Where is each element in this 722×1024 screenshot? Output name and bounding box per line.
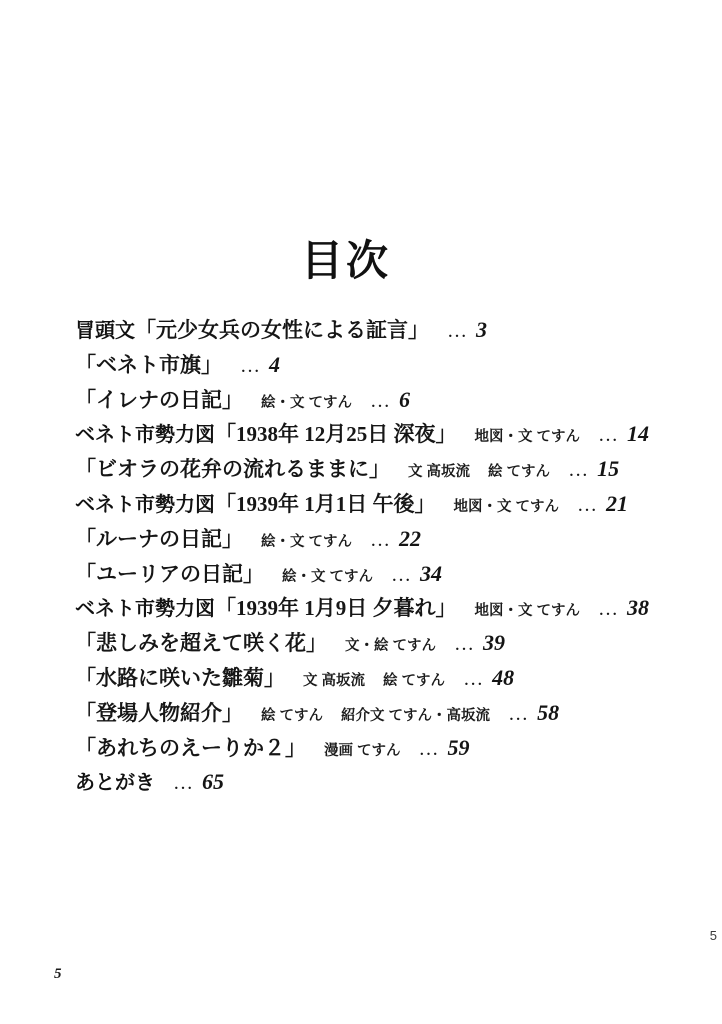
toc-entry-section-label: ベネト市勢力図 — [75, 488, 215, 517]
toc-entry-title: 「ビオラの花弁の流れるままに」 — [75, 453, 390, 483]
toc-entry: 「水路に咲いた雛菊」文 高坂流絵 てすん…48 — [75, 662, 692, 697]
toc-leader-dots: … — [370, 390, 390, 413]
toc-entry-title: 「ユーリアの日記」 — [75, 558, 264, 588]
toc-leader-dots: … — [391, 564, 411, 587]
toc-leader-dots: … — [173, 772, 193, 795]
toc-leader-dots: … — [577, 494, 597, 517]
toc-entry-title: 「登場人物紹介」 — [75, 697, 243, 727]
toc-entry-credit: 絵 てすん — [383, 669, 445, 690]
toc-leader-dots: … — [598, 598, 618, 621]
toc-entry: 「登場人物紹介」絵 てすん紹介文 てすん・高坂流…58 — [75, 697, 692, 732]
toc-entry-title: 「1939年 1月9日 夕暮れ」 — [215, 592, 457, 622]
toc-list: 冒頭文「元少女兵の女性による証言」…3「ベネト市旗」…4「イレナの日記」絵・文 … — [75, 314, 692, 801]
toc-entry-page-number: 22 — [399, 526, 421, 552]
toc-leader-dots: … — [454, 633, 474, 656]
toc-entry-credit: 文 高坂流 — [303, 669, 365, 690]
toc-entry-credit: 漫画 てすん — [324, 739, 401, 760]
toc-leader-dots: … — [447, 320, 467, 343]
toc-entry-page-number: 39 — [483, 630, 505, 656]
page-title: 目次 — [0, 228, 692, 288]
toc-entry-page-number: 34 — [420, 561, 442, 587]
toc-entry-page-number: 65 — [202, 769, 224, 795]
toc-entry-page-number: 48 — [492, 665, 514, 691]
toc-entry: 「ルーナの日記」絵・文 てすん…22 — [75, 523, 692, 558]
toc-entry-page-number: 4 — [269, 352, 280, 378]
toc-entry-title: 「あれちのえーりか２」 — [75, 732, 306, 762]
toc-page: 目次 冒頭文「元少女兵の女性による証言」…3「ベネト市旗」…4「イレナの日記」絵… — [0, 0, 722, 1024]
toc-entry-section-label: あとがき — [75, 766, 155, 795]
toc-entry: あとがき…65 — [75, 766, 692, 801]
toc-entry: ベネト市勢力図「1938年 12月25日 深夜」地図・文 てすん…14 — [75, 418, 692, 453]
toc-entry-page-number: 38 — [627, 595, 649, 621]
toc-entry-credit: 文・絵 てすん — [345, 634, 436, 655]
toc-leader-dots: … — [419, 738, 439, 761]
toc-entry-credit: 絵・文 てすん — [282, 565, 373, 586]
toc-entry-page-number: 59 — [448, 735, 470, 761]
toc-entry-page-number: 15 — [597, 456, 619, 482]
toc-entry: ベネト市勢力図「1939年 1月9日 夕暮れ」地図・文 てすん…38 — [75, 592, 692, 627]
toc-entry: 「ベネト市旗」…4 — [75, 349, 692, 384]
toc-entry-title: 「水路に咲いた雛菊」 — [75, 662, 285, 692]
toc-entry-section-label: ベネト市勢力図 — [75, 418, 215, 447]
toc-entry-section-label: ベネト市勢力図 — [75, 592, 215, 621]
toc-entry-title: 「1938年 12月25日 深夜」 — [215, 418, 457, 448]
toc-entry-title: 「イレナの日記」 — [75, 384, 243, 414]
toc-entry: ベネト市勢力図「1939年 1月1日 午後」地図・文 てすん…21 — [75, 488, 692, 523]
toc-entry-title: 「ルーナの日記」 — [75, 523, 243, 553]
toc-entry-credit: 絵・文 てすん — [261, 530, 352, 551]
toc-entry-credit: 絵 てすん — [261, 704, 323, 725]
toc-entry-credit: 地図・文 てすん — [475, 425, 581, 446]
toc-entry-credit: 文 高坂流 — [408, 460, 470, 481]
toc-entry-credit: 紹介文 てすん・高坂流 — [341, 704, 490, 725]
toc-entry-page-number: 21 — [606, 491, 628, 517]
toc-entry-credit: 絵 てすん — [488, 460, 550, 481]
toc-entry-title: 「ベネト市旗」 — [75, 349, 222, 379]
toc-entry-credit: 地図・文 てすん — [475, 599, 581, 620]
toc-leader-dots: … — [240, 355, 260, 378]
toc-entry-section-label: 冒頭文 — [75, 314, 135, 343]
folio-page-number: 5 — [54, 966, 62, 983]
toc-entry-title: 「元少女兵の女性による証言」 — [135, 314, 429, 344]
toc-entry-title: 「悲しみを超えて咲く花」 — [75, 627, 327, 657]
toc-entry: 「ユーリアの日記」絵・文 てすん…34 — [75, 558, 692, 593]
toc-entry-credit: 絵・文 てすん — [261, 391, 352, 412]
toc-entry-credit: 地図・文 てすん — [454, 495, 560, 516]
toc-entry-page-number: 58 — [537, 700, 559, 726]
toc-entry: 「ビオラの花弁の流れるままに」文 高坂流絵 てすん…15 — [75, 453, 692, 488]
toc-entry-page-number: 6 — [399, 387, 410, 413]
scan-page-number: 5 — [710, 928, 717, 943]
toc-leader-dots: … — [463, 668, 483, 691]
toc-entry-page-number: 3 — [476, 317, 487, 343]
toc-leader-dots: … — [370, 529, 390, 552]
toc-leader-dots: … — [598, 424, 618, 447]
toc-leader-dots: … — [508, 703, 528, 726]
toc-entry-page-number: 14 — [627, 421, 649, 447]
toc-entry: 冒頭文「元少女兵の女性による証言」…3 — [75, 314, 692, 349]
toc-leader-dots: … — [568, 459, 588, 482]
toc-entry: 「悲しみを超えて咲く花」文・絵 てすん…39 — [75, 627, 692, 662]
toc-entry: 「あれちのえーりか２」漫画 てすん…59 — [75, 732, 692, 767]
toc-entry: 「イレナの日記」絵・文 てすん…6 — [75, 384, 692, 419]
toc-entry-title: 「1939年 1月1日 午後」 — [215, 488, 436, 518]
